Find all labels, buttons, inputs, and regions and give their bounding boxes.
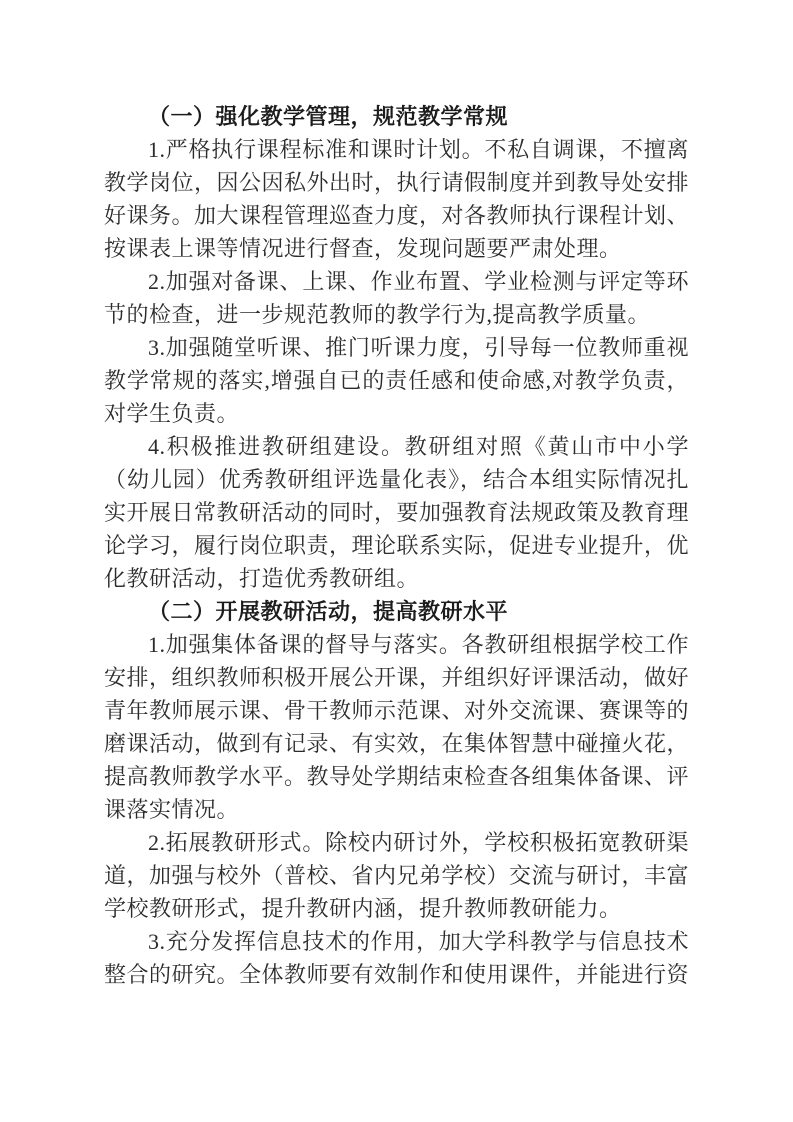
section-2-paragraph-3: 3.充分发挥信息技术的作用，加大学科教学与信息技术整合的研究。全体教师要有效制作… bbox=[104, 925, 689, 991]
section-1-heading: （一）强化教学管理，规范教学常规 bbox=[104, 100, 689, 133]
section-2-paragraph-2: 2.拓展教研形式。除校内研讨外，学校积极拓宽教研渠道，加强与校外（普校、省内兄弟… bbox=[104, 826, 689, 925]
document-body: （一）强化教学管理，规范教学常规 1.严格执行课程标准和课时计划。不私自调课，不… bbox=[104, 100, 689, 991]
section-research-activities: （二）开展教研活动，提高教研水平 1.加强集体备课的督导与落实。各教研组根据学校… bbox=[104, 595, 689, 991]
section-1-paragraph-2: 2.加强对备课、上课、作业布置、学业检测与评定等环节的检查，进一步规范教师的教学… bbox=[104, 265, 689, 331]
section-teaching-management: （一）强化教学管理，规范教学常规 1.严格执行课程标准和课时计划。不私自调课，不… bbox=[104, 100, 689, 595]
section-1-paragraph-3: 3.加强随堂听课、推门听课力度，引导每一位教师重视教学常规的落实,增强自已的责任… bbox=[104, 331, 689, 430]
section-1-paragraph-1: 1.严格执行课程标准和课时计划。不私自调课，不擅离教学岗位，因公因私外出时，执行… bbox=[104, 133, 689, 265]
section-2-heading: （二）开展教研活动，提高教研水平 bbox=[104, 595, 689, 628]
document-page: （一）强化教学管理，规范教学常规 1.严格执行课程标准和课时计划。不私自调课，不… bbox=[0, 0, 793, 1122]
section-1-paragraph-4: 4.积极推进教研组建设。教研组对照《黄山市中小学（幼儿园）优秀教研组评选量化表》… bbox=[104, 430, 689, 595]
section-2-paragraph-1: 1.加强集体备课的督导与落实。各教研组根据学校工作安排，组织教师积极开展公开课，… bbox=[104, 628, 689, 826]
